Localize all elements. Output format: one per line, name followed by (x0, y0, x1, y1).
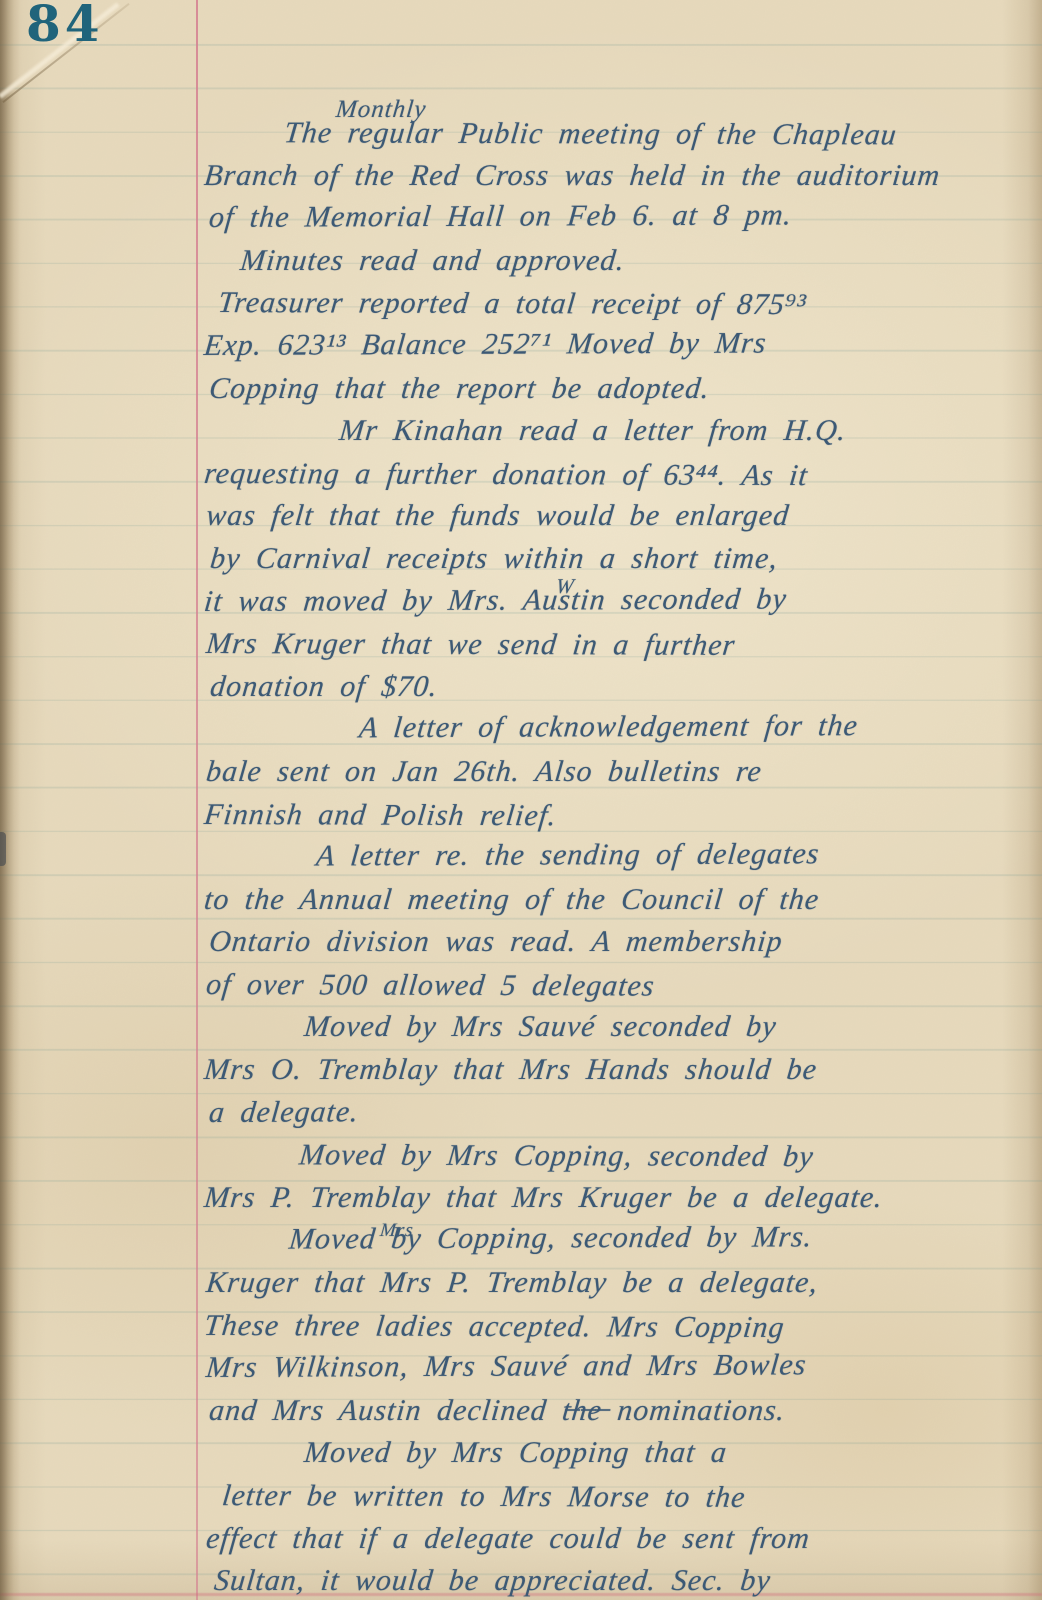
manuscript-line-34: effect that if a delegate could be sent … (202, 1518, 1042, 1561)
manuscript-line-18: A letter re. the sending of delegates (202, 832, 1042, 878)
manuscript-line-32: Moved by Mrs Copping that a (202, 1432, 1042, 1475)
manuscript-line-6: Exp. 623¹³ Balance 252⁷¹ Moved by Mrs (202, 321, 1042, 367)
manuscript-line-19: to the Annual meeting of the Council of … (202, 879, 1042, 922)
manuscript-line-31: and Mrs Austin declined t̶h̶e̶ nominatio… (202, 1390, 1042, 1433)
manuscript-text: The regular Public meeting of the Chaple… (202, 112, 1038, 1600)
manuscript-line-25: Moved by Mrs Copping, seconded by (202, 1134, 1042, 1180)
manuscript-line-22: Moved by Mrs Sauvé seconded by (202, 1006, 1042, 1049)
manuscript-line-16: bale sent on Jan 26th. Also bulletins re (202, 751, 1042, 794)
manuscript-line-15: A letter of acknowledgement for the (202, 705, 1042, 751)
inserted-word-1: Monthly (335, 96, 428, 124)
manuscript-line-20: Ontario division was read. A membership (202, 921, 1042, 964)
manuscript-line-13: Mrs Kruger that we send in a further (202, 623, 1042, 669)
inserted-word-3: Mrs (379, 1220, 415, 1242)
manuscript-line-23: Mrs O. Tremblay that Mrs Hands should be (202, 1049, 1042, 1092)
manuscript-line-3: of the Memorial Hall on Feb 6. at 8 pm. (202, 194, 1042, 240)
binding-edge (0, 0, 20, 1600)
manuscript-line-26: Mrs P. Tremblay that Mrs Kruger be a del… (202, 1177, 1042, 1220)
manuscript-line-2: Branch of the Red Cross was held in the … (202, 155, 1042, 198)
manuscript-line-21: of over 500 allowed 5 delegates (202, 964, 1042, 1010)
manuscript-line-10: was felt that the funds would be enlarge… (202, 495, 1042, 538)
inserted-word-2: W (555, 574, 576, 599)
pink-margin-line (196, 0, 198, 1600)
manuscript-line-33: letter be written to Mrs Morse to the (202, 1475, 1042, 1521)
manuscript-line-4: Minutes read and approved. (202, 240, 1042, 283)
manuscript-line-7: Copping that the report be adopted. (202, 368, 1042, 411)
manuscript-line-8: Mr Kinahan read a letter from H.Q. (202, 410, 1042, 453)
manuscript-line-30: Mrs Wilkinson, Mrs Sauvé and Mrs Bowles (202, 1344, 1042, 1390)
manuscript-line-24: a delegate. (202, 1088, 1042, 1134)
manuscript-line-11: by Carnival receipts within a short time… (202, 538, 1042, 581)
page-number: 84 (26, 0, 104, 53)
page-edge-nick (0, 832, 6, 866)
manuscript-line-1: The regular Public meeting of the Chaple… (202, 112, 1042, 158)
ledger-page: 84 The regular Public meeting of the Cha… (0, 0, 1042, 1600)
manuscript-line-27: Moved by Copping, seconded by Mrs. (202, 1216, 1042, 1262)
manuscript-line-28: Kruger that Mrs P. Tremblay be a delegat… (202, 1262, 1042, 1305)
manuscript-line-9: requesting a further donation of 63⁴⁴. A… (202, 453, 1042, 499)
manuscript-line-12: it was moved by Mrs. Austin seconded by (202, 577, 1042, 623)
manuscript-line-35: Sultan, it would be appreciated. Sec. by (202, 1560, 1042, 1600)
manuscript-line-14: donation of $70. (202, 666, 1042, 709)
